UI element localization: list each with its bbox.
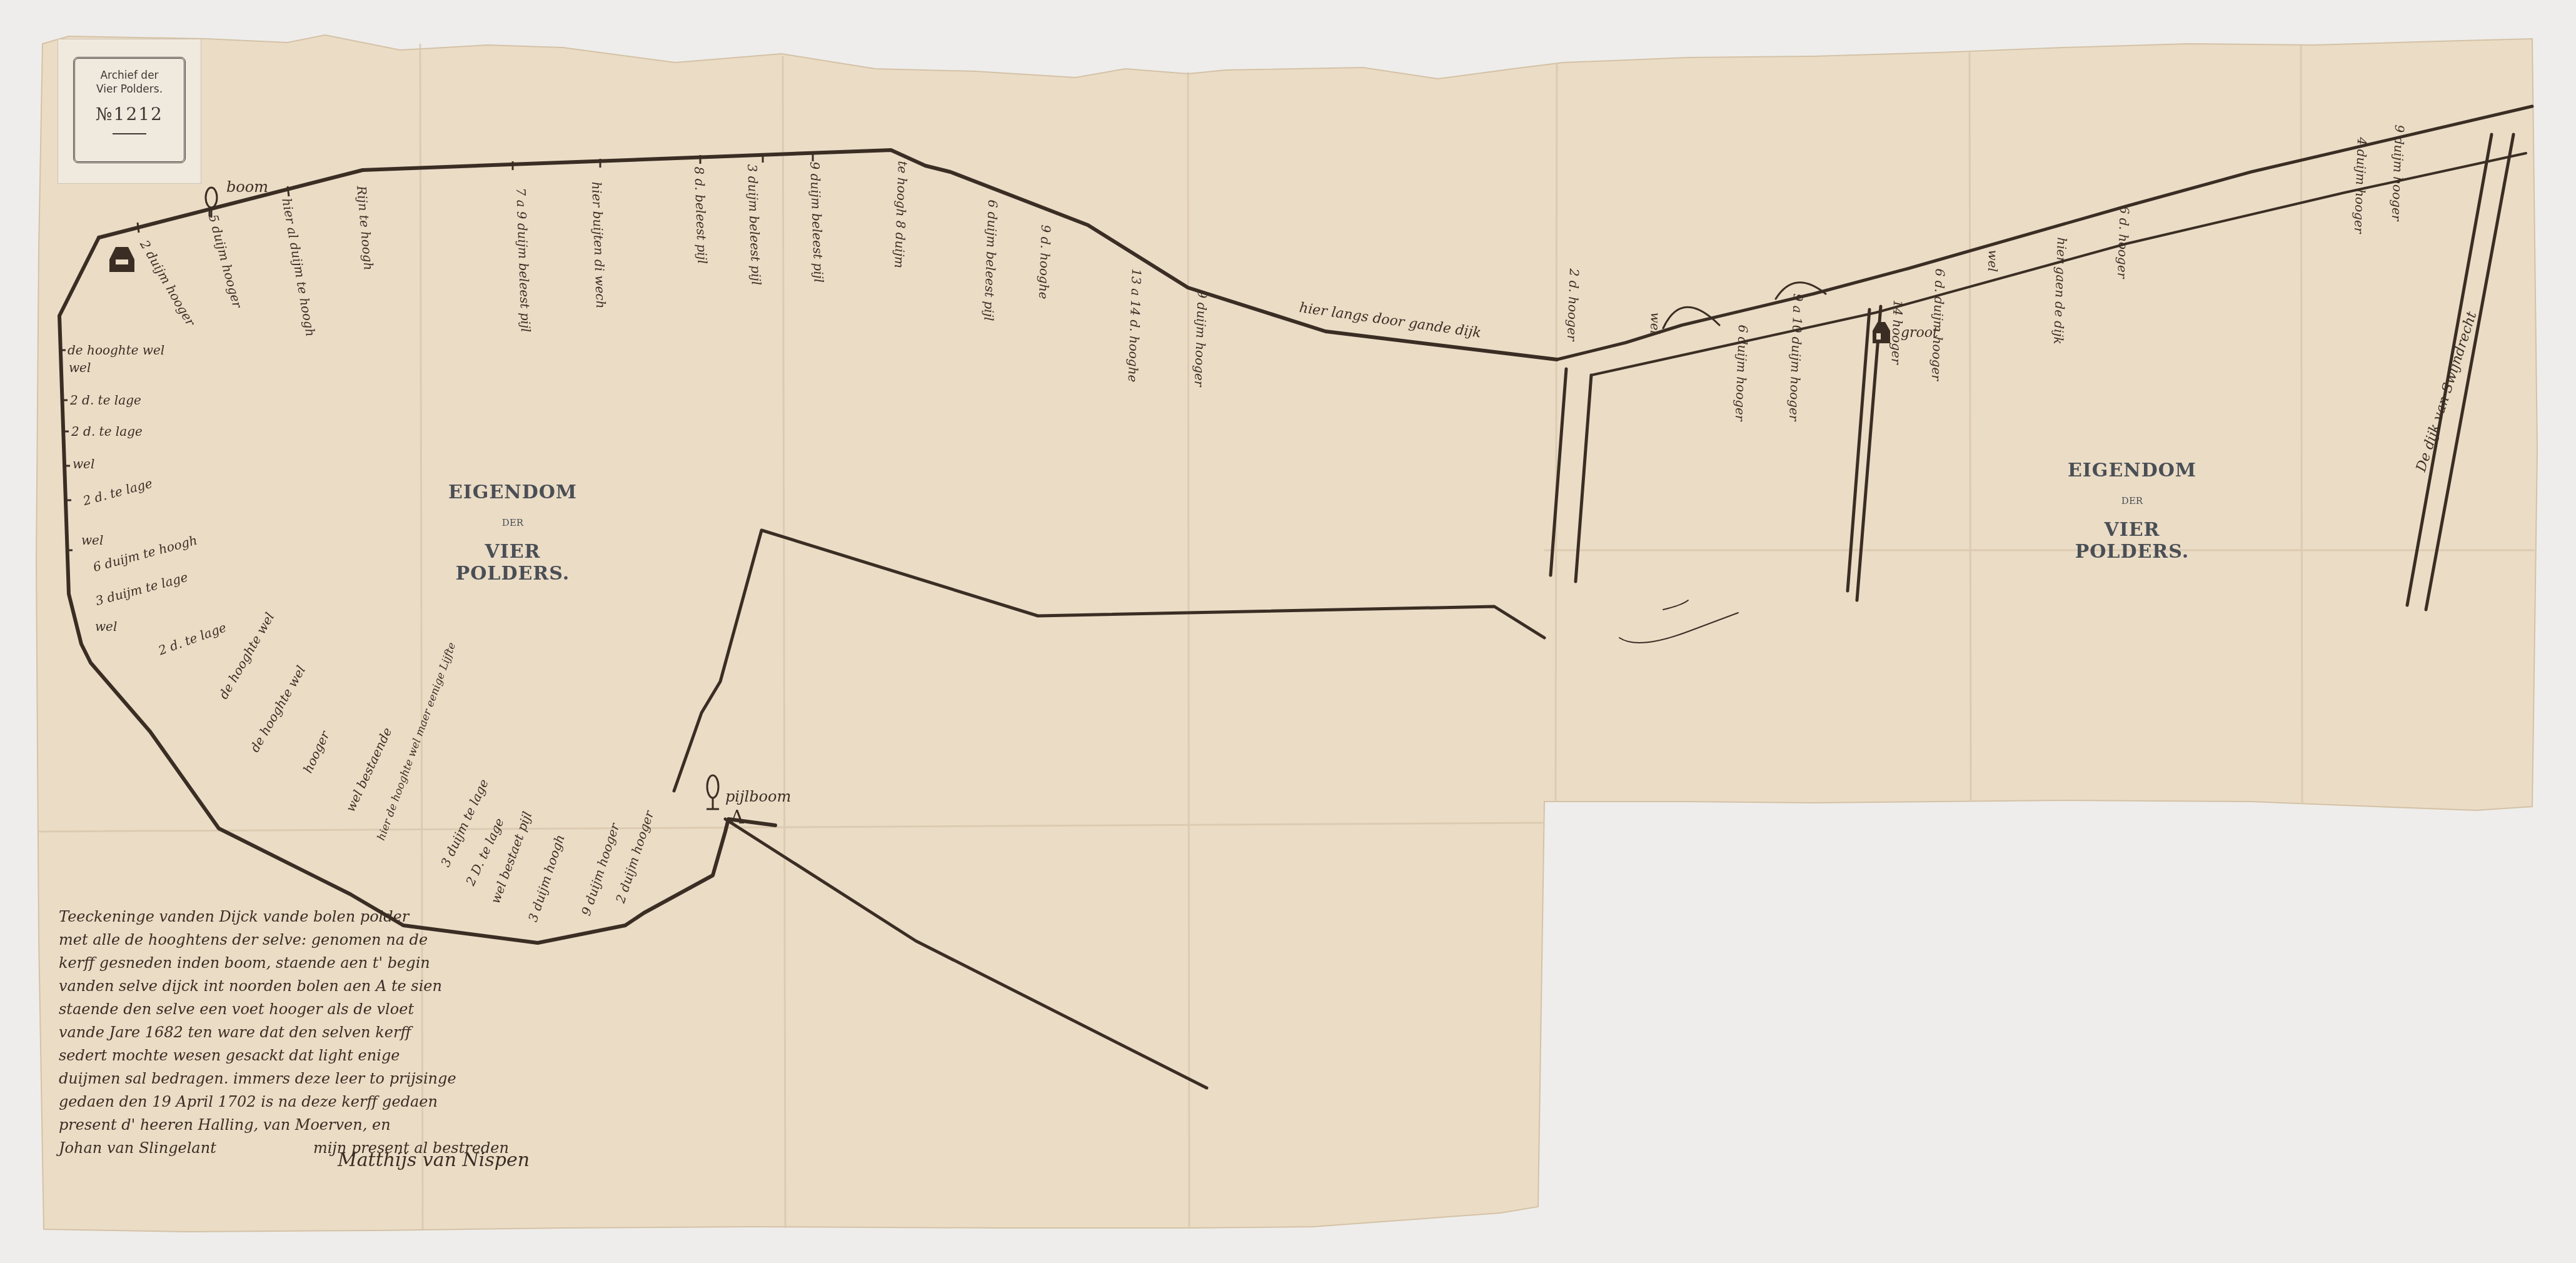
ownership-stamp-left: EIGENDOM DER VIER POLDERS. — [431, 481, 594, 585]
left-dike-label: wel — [73, 456, 94, 471]
stamp-line3: VIER POLDERS. — [2051, 519, 2213, 563]
left-dike-label: 2 d. te lage — [70, 393, 141, 408]
ownership-stamp-right: EIGENDOM DER VIER POLDERS. — [2051, 460, 2213, 563]
label-boom: boom — [226, 178, 268, 196]
note-line: staende den selve een voet hooger als de… — [59, 998, 509, 1021]
stamp-line1: EIGENDOM — [2051, 460, 2213, 481]
right-dike-label: wel — [1985, 249, 2001, 272]
left-dike-label: 2 d. te lage — [71, 424, 143, 439]
label-point-a: A — [730, 807, 744, 828]
stamp-line2: DER — [431, 517, 594, 528]
note-line: Johan van Slingelant — [59, 1137, 216, 1160]
left-dike-label: wel — [95, 619, 117, 634]
label-pijlboom: pijlboom — [725, 788, 791, 805]
note-line: duijmen sal bedragen. immers deze leer t… — [59, 1067, 509, 1090]
left-dike-label: wel — [81, 533, 103, 548]
archive-label-line2: Vier Polders. — [75, 83, 184, 96]
note-line: sedert mochte wesen gesackt dat light en… — [59, 1044, 509, 1067]
mid-dike-label: 9 d. hooghe — [1036, 224, 1054, 299]
archive-label: Archief der Vier Polders. №1212 — [58, 39, 201, 184]
note-line: met alle de hooghtens der selve: genomen… — [59, 928, 509, 952]
signature: Matthijs van Nispen — [338, 1149, 530, 1171]
left-dike-label: wel — [69, 360, 91, 375]
note-line: kerff gesneden inden boom, staende aen t… — [59, 952, 509, 975]
archive-label-frame: Archief der Vier Polders. №1212 — [73, 57, 186, 163]
stamp-line1: EIGENDOM — [431, 481, 594, 503]
right-dike-label: 6 d. hooger — [2115, 206, 2132, 279]
left-dike-label: de hooghte wel — [68, 343, 164, 358]
note-line: present d' heeren Halling, van Moerven, … — [59, 1114, 509, 1137]
note-line: vande Jare 1682 ten ware dat den selven … — [59, 1021, 509, 1044]
right-dike-label: wel — [1648, 312, 1663, 335]
note-line: gedaen den 19 April 1702 is na deze kerf… — [59, 1090, 509, 1114]
right-dike-label: 14 hooger — [1888, 299, 1906, 365]
stamp-line2: DER — [2051, 495, 2213, 506]
note-line: vanden selve dijck int noorden bolen aen… — [59, 975, 509, 998]
stamp-line3: VIER POLDERS. — [431, 541, 594, 585]
archive-label-line1: Archief der — [75, 69, 184, 83]
explanatory-note: Teeckeninge vanden Dijck vande bolen pol… — [59, 905, 509, 1160]
archive-label-rule — [113, 133, 146, 134]
archive-number: №1212 — [75, 104, 184, 124]
note-line: Teeckeninge vanden Dijck vande bolen pol… — [59, 905, 509, 928]
right-dike-label: 2 d. hooger — [1564, 268, 1582, 341]
